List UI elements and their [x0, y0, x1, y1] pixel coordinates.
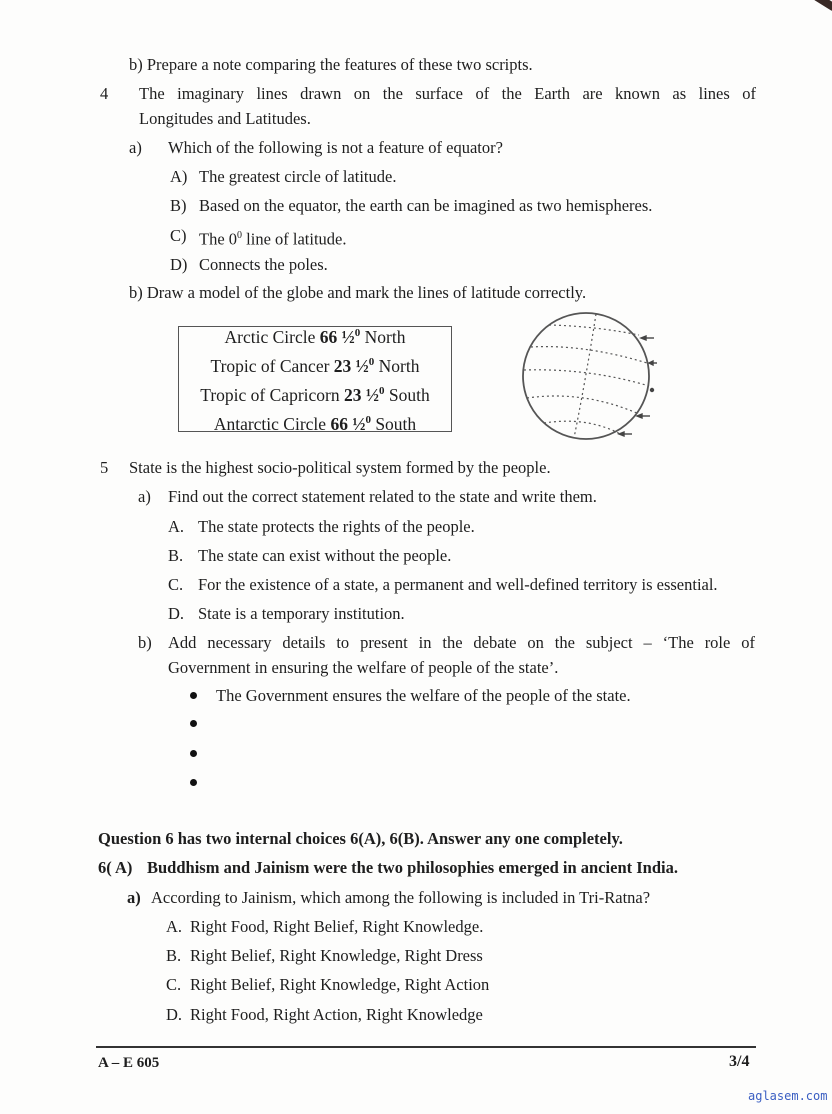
- q4-option-a-text: The greatest circle of latitude.: [199, 167, 396, 187]
- q4-option-c-text: The 00 line of latitude.: [199, 226, 347, 250]
- latitude-name: Tropic of Cancer: [211, 356, 330, 376]
- latitude-name: Tropic of Capricorn: [200, 385, 339, 405]
- latitude-dir: North: [379, 356, 420, 376]
- latitude-row: Arctic Circle 66 ½0 North: [225, 321, 406, 350]
- q5-bullet-1-text: The Government ensures the welfare of th…: [216, 686, 631, 706]
- q5-part-a-text: Find out the correct statement related t…: [168, 487, 597, 507]
- q4-stem-line2: Longitudes and Latitudes.: [139, 109, 311, 129]
- latitude-value: 23 ½: [344, 385, 379, 405]
- latitude-value: 23 ½: [334, 356, 369, 376]
- q4-part-b-text: Draw a model of the globe and mark the l…: [147, 283, 586, 302]
- q4-part-b: b) Draw a model of the globe and mark th…: [129, 283, 586, 303]
- q6a-option-d-text: Right Food, Right Action, Right Knowledg…: [190, 1005, 483, 1025]
- latitude-arrows: [619, 336, 657, 436]
- q3-part-b-label: b): [129, 55, 143, 74]
- q6a-part-a-text: According to Jainism, which among the fo…: [151, 888, 650, 908]
- q6a-option-c-label: C.: [166, 975, 181, 995]
- q4-option-d-text: Connects the poles.: [199, 255, 328, 275]
- watermark: aglasem.com: [748, 1089, 827, 1103]
- q5-number: 5: [100, 458, 108, 478]
- q6a-option-a-label: A.: [166, 917, 182, 937]
- scan-corner-mark: [812, 0, 832, 12]
- q3-part-b-text: Prepare a note comparing the features of…: [147, 55, 533, 74]
- q6a-part-a-label: a): [127, 888, 141, 908]
- q4-part-a-text: Which of the following is not a feature …: [168, 138, 503, 158]
- q6a-text: Buddhism and Jainism were the two philos…: [147, 858, 678, 878]
- q5-stem: State is the highest socio-political sys…: [129, 458, 551, 478]
- degree-sup: 0: [365, 414, 371, 426]
- q5-option-a-label: A.: [168, 517, 184, 537]
- q6a-option-d-label: D.: [166, 1005, 182, 1025]
- q3-part-b: b) Prepare a note comparing the features…: [129, 55, 533, 75]
- q5-option-b-label: B.: [168, 546, 183, 566]
- footer-rule: [96, 1046, 756, 1048]
- q4-option-c-text-after: line of latitude.: [242, 230, 346, 249]
- q6a-option-b-text: Right Belief, Right Knowledge, Right Dre…: [190, 946, 483, 966]
- latitude-dir: North: [365, 327, 406, 347]
- q6a-option-b-label: B.: [166, 946, 181, 966]
- degree-sup: 0: [369, 356, 375, 368]
- q4-option-b-text: Based on the equator, the earth can be i…: [199, 196, 652, 216]
- q4-option-b-label: B): [170, 196, 187, 216]
- q5-part-b-text-line2: Government in ensuring the welfare of pe…: [168, 658, 558, 678]
- latitude-row: Tropic of Cancer 23 ½0 North: [211, 350, 420, 379]
- q4-number: 4: [100, 84, 108, 104]
- q5-option-a-text: The state protects the rights of the peo…: [198, 517, 475, 537]
- q4-option-c-label: C): [170, 226, 187, 246]
- q5-part-b-text-line1: Add necessary details to present in the …: [168, 633, 755, 653]
- latitude-name: Arctic Circle: [225, 327, 316, 347]
- latitude-box: Arctic Circle 66 ½0 North Tropic of Canc…: [178, 326, 452, 432]
- latitude-value: 66 ½: [320, 327, 355, 347]
- q5-option-b-text: The state can exist without the people.: [198, 546, 451, 566]
- latitude-name: Antarctic Circle: [214, 414, 326, 434]
- bullet-dot: [190, 750, 197, 757]
- q4-part-a-label: a): [129, 138, 142, 158]
- globe-diagram: [514, 308, 664, 444]
- q6a-option-c-text: Right Belief, Right Knowledge, Right Act…: [190, 975, 489, 995]
- q5-part-a-label: a): [138, 487, 151, 507]
- latitude-row: Antarctic Circle 66 ½0 South: [214, 408, 416, 437]
- q4-part-b-label: b): [129, 283, 143, 302]
- page-number: 3/4: [729, 1053, 749, 1071]
- bullet-dot: [190, 720, 197, 727]
- paper-code: A – E 605: [98, 1055, 159, 1072]
- q5-option-d-text: State is a temporary institution.: [198, 604, 405, 624]
- q5-option-c-text: For the existence of a state, a permanen…: [198, 575, 718, 595]
- q4-stem-line1: The imaginary lines drawn on the surface…: [139, 84, 756, 104]
- q6-instruction: Question 6 has two internal choices 6(A)…: [98, 829, 623, 849]
- q5-option-d-label: D.: [168, 604, 184, 624]
- q5-option-c-label: C.: [168, 575, 183, 595]
- q4-option-a-label: A): [170, 167, 187, 187]
- degree-sup: 0: [379, 385, 385, 397]
- q4-option-d-label: D): [170, 255, 187, 275]
- latitude-dir: South: [389, 385, 430, 405]
- q6a-label: 6( A): [98, 858, 132, 878]
- latitude-row: Tropic of Capricorn 23 ½0 South: [200, 379, 429, 408]
- latitude-value: 66 ½: [330, 414, 365, 434]
- bullet-dot: [190, 779, 197, 786]
- degree-sup: 0: [355, 327, 361, 339]
- bullet-dot: [190, 692, 197, 699]
- q5-part-b-label: b): [138, 633, 152, 653]
- q4-option-c-text-before: The 0: [199, 230, 237, 249]
- latitude-dir: South: [375, 414, 416, 434]
- q6a-option-a-text: Right Food, Right Belief, Right Knowledg…: [190, 917, 483, 937]
